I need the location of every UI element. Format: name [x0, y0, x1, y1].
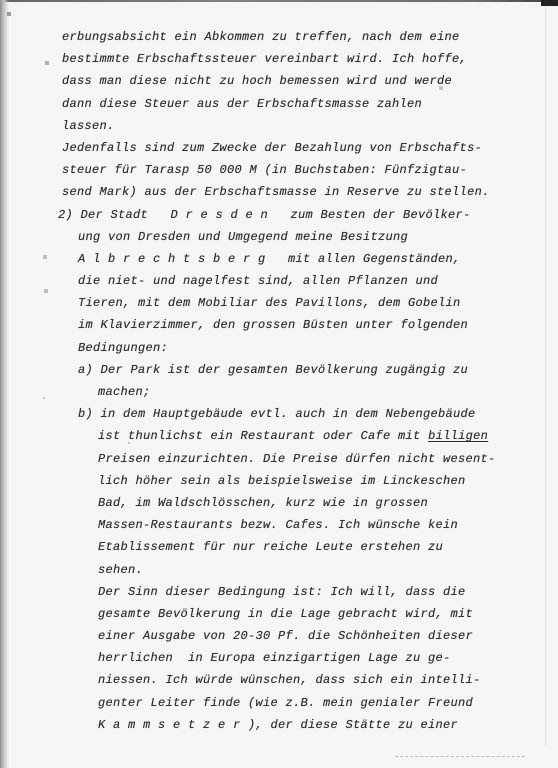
text-line-list-item-a: a) Der Park ist der gesamten Bevölkerung… — [0, 359, 558, 381]
text-line: lich höher sein als beispielsweise im Li… — [0, 470, 558, 492]
text-line-with-underline: ist thunlichst ein Restaurant oder Cafe … — [0, 425, 558, 447]
typewritten-text-column: erbungsabsicht ein Abkommen zu treffen, … — [0, 26, 558, 736]
text-line: herrlichen in Europa einzigartigen Lage … — [0, 647, 558, 669]
text-line: Tieren, mit dem Mobiliar des Pavillons, … — [0, 292, 558, 314]
text-line: einer Ausgabe von 20-30 Pf. die Schönhei… — [0, 625, 558, 647]
text-line: Der Sinn dieser Bedingung ist: Ich will,… — [0, 581, 558, 603]
text-line: Preisen einzurichten. Die Preise dürfen … — [0, 448, 558, 470]
text-line: lassen. — [0, 115, 558, 137]
text-line: K a m m s e t z e r ), der diese Stätte … — [0, 714, 558, 736]
text-line: ung von Dresden und Umgegend meine Besit… — [0, 226, 558, 248]
text-line-list-item-b: b) in dem Hauptgebäude evtl. auch in dem… — [0, 403, 558, 425]
text-segment: ist thunlichst ein Restaurant oder Cafe … — [98, 429, 428, 443]
text-line: A l b r e c h t s b e r g mit allen Gege… — [0, 248, 558, 270]
text-line-list-item-2: 2) Der Stadt D r e s d e n zum Besten de… — [0, 204, 558, 226]
text-line: niessen. Ich würde wünschen, dass sich e… — [0, 669, 558, 691]
text-line: sehen. — [0, 559, 558, 581]
text-line: Massen-Restaurants bezw. Cafes. Ich wüns… — [0, 514, 558, 536]
scan-specks — [0, 0, 2, 2]
text-line: Jedenfalls sind zum Zwecke der Bezahlung… — [0, 137, 558, 159]
text-line: machen; — [0, 381, 558, 403]
underlined-word: billigen — [428, 429, 488, 443]
text-line: genter Leiter finde (wie z.B. mein genia… — [0, 692, 558, 714]
text-line: im Klavierzimmer, den grossen Büsten unt… — [0, 314, 558, 336]
scan-smudge-bottom-right — [395, 756, 525, 757]
scan-edge-top — [0, 0, 558, 2]
text-line: die niet- und nagelfest sind, allen Pfla… — [0, 270, 558, 292]
text-line: dass man diese nicht zu hoch bemessen wi… — [0, 70, 558, 92]
text-line: steuer für Tarasp 50 000 M (in Buchstabe… — [0, 159, 558, 181]
text-line: dann diese Steuer aus der Erbschaftsmass… — [0, 93, 558, 115]
text-line: send Mark) aus der Erbschaftsmasse in Re… — [0, 181, 558, 203]
text-line: bestimmte Erbschaftssteuer vereinbart wi… — [0, 48, 558, 70]
text-line: Bad, im Waldschlösschen, kurz wie in gro… — [0, 492, 558, 514]
text-line: Etablissement für nur reiche Leute erste… — [0, 536, 558, 558]
text-line: gesamte Bevölkerung in die Lage gebracht… — [0, 603, 558, 625]
scanned-typewritten-page: { "colors": { "paper": "#f6f5f2", "ink":… — [0, 0, 558, 768]
text-line: erbungsabsicht ein Abkommen zu treffen, … — [0, 26, 558, 48]
scan-mark-top-right — [541, 0, 558, 6]
text-line: Bedingungen: — [0, 337, 558, 359]
